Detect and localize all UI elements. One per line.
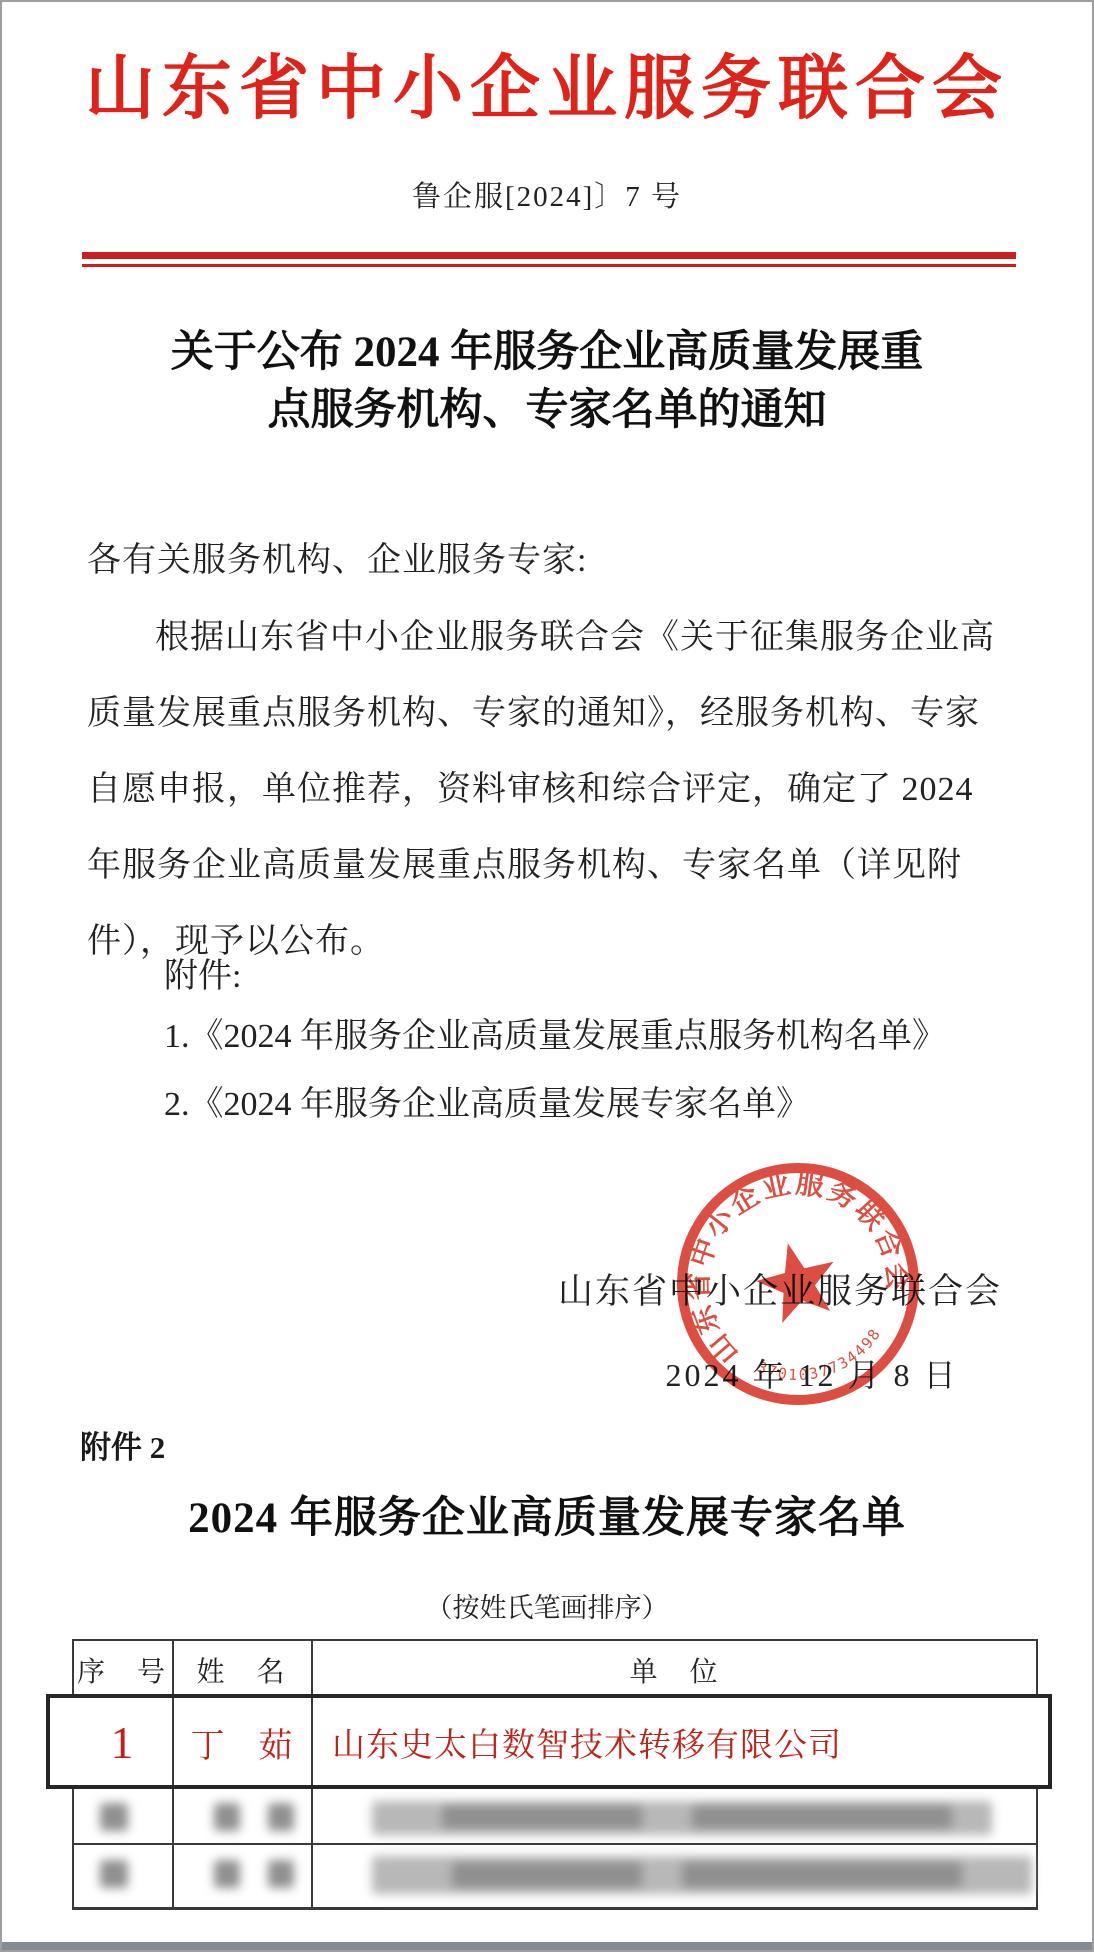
sort-order-note: （按姓氏笔画排序） [2, 1586, 1092, 1625]
letterhead-rule-thick [82, 252, 1016, 259]
seal-number: 3701037734498 [750, 1322, 892, 1397]
attachment-item-1: 1.《2024 年服务企业高质量发展重点服务机构名单》 [164, 1008, 946, 1057]
table-header-org: 单 位 [313, 1641, 1036, 1698]
seal-star-icon [749, 1234, 845, 1327]
letterhead-rule-thin [82, 264, 1016, 267]
body-line: 质量发展重点服务机构、专家的通知》，经服务机构、专家 [87, 676, 1012, 752]
attachment2-label: 附件 2 [80, 1422, 165, 1467]
notice-body: 根据山东省中小企业服务联合会《关于征集服务企业高 质量发展重点服务机构、专家的通… [87, 600, 1012, 980]
body-line: 自愿申报，单位推荐，资料审核和综合评定，确定了 2024 [87, 752, 1012, 828]
official-seal: 山东省中小企业服务联合会 3701037734498 [664, 1150, 932, 1418]
attachments-label: 附件: [164, 948, 241, 997]
notice-title-line1: 关于公布 2024 年服务企业高质量发展重 [2, 324, 1092, 382]
notice-title-line2: 点服务机构、专家名单的通知 [2, 382, 1092, 440]
attachment-item-2: 2.《2024 年服务企业高质量发展专家名单》 [164, 1076, 810, 1125]
row1-number: 1 [72, 1702, 172, 1782]
table-bottom-border [72, 1907, 1038, 1910]
table-header-name: 姓 名 [174, 1641, 309, 1698]
redacted-row-blur [72, 1852, 1038, 1898]
notice-title: 关于公布 2024 年服务企业高质量发展重 点服务机构、专家名单的通知 [2, 324, 1092, 440]
document-page: 山东省中小企业服务联合会 鲁企服[2024]〕7 号 关于公布 2024 年服务… [0, 0, 1094, 1952]
row1-name: 丁 茹 [174, 1702, 309, 1782]
salutation: 各有关服务机构、企业服务专家: [87, 532, 1017, 581]
screenshot-bottom-edge [2, 1942, 1092, 1950]
body-line: 年服务企业高质量发展重点服务机构、专家名单（详见附 [87, 828, 1012, 904]
table-row-divider [72, 1843, 1038, 1845]
redacted-row-blur [72, 1797, 1038, 1839]
row1-org: 山东史太白数智技术转移有限公司 [332, 1702, 1032, 1782]
body-line: 根据山东省中小企业服务联合会《关于征集服务企业高 [87, 600, 1012, 676]
attachment2-title: 2024 年服务企业高质量发展专家名单 [2, 1484, 1092, 1545]
table-header-no: 序 号 [72, 1641, 172, 1698]
table-right-border [1036, 1639, 1038, 1698]
document-number: 鲁企服[2024]〕7 号 [2, 174, 1092, 215]
letterhead-org-title: 山东省中小企业服务联合会 [2, 32, 1092, 133]
svg-text:3701037734498: 3701037734498 [750, 1322, 892, 1397]
